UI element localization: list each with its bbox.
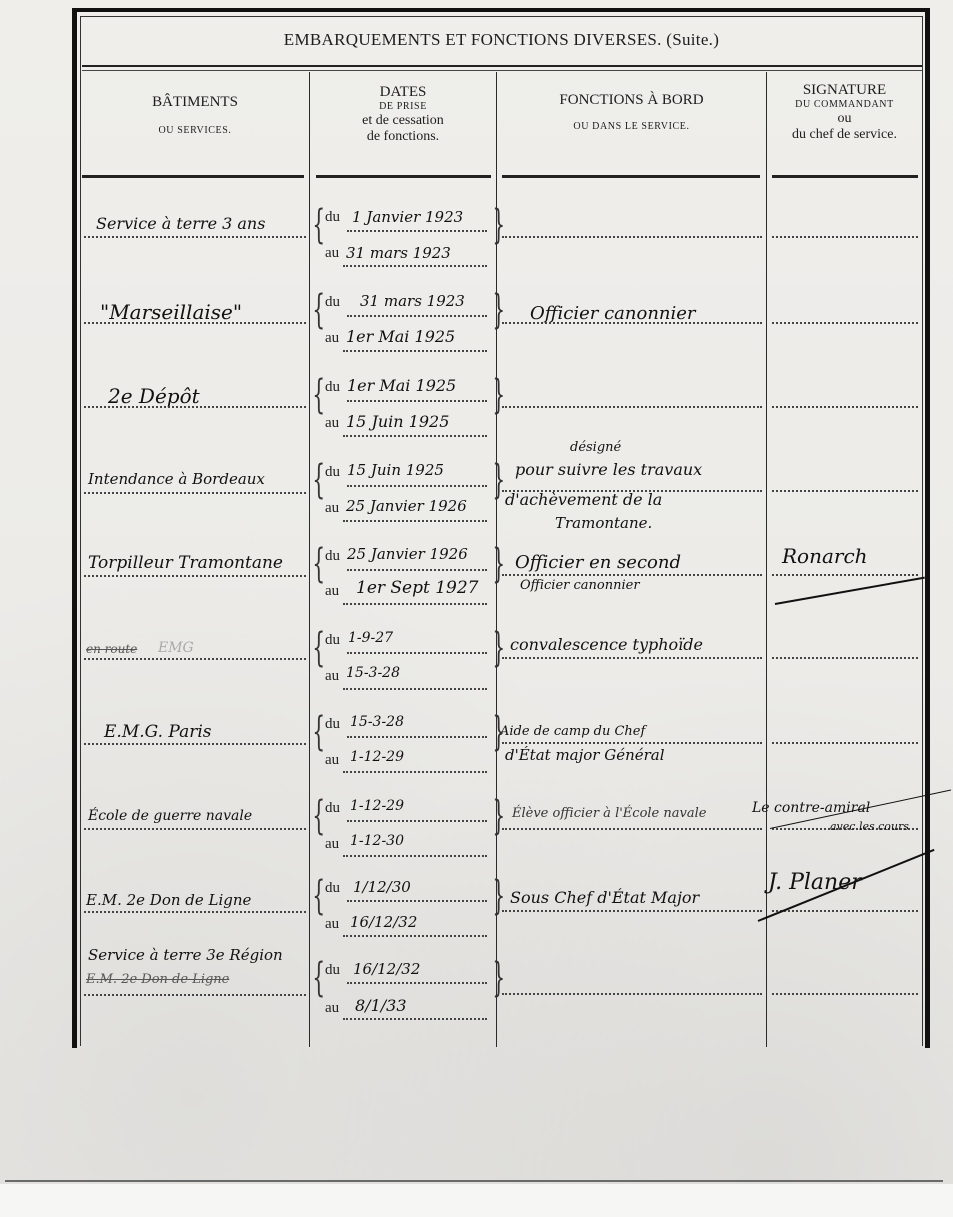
dotted-rule [343, 688, 487, 690]
dotted-rule [84, 322, 306, 324]
date-from: 15 Juin 1925 [347, 461, 444, 479]
right-brace-icon: } [492, 712, 505, 752]
dotted-rule [502, 322, 762, 324]
page-title: EMBARQUEMENTS ET FONCTIONS DIVERSES. (Su… [80, 30, 923, 50]
dotted-rule [772, 910, 918, 912]
dotted-rule [347, 652, 487, 654]
date-to: 1er Sept 1927 [356, 578, 479, 598]
date-to: 1er Mai 1925 [346, 327, 455, 346]
right-brace-icon: } [492, 544, 505, 584]
dotted-rule [502, 490, 762, 492]
dotted-rule [347, 400, 487, 402]
dotted-rule [347, 820, 487, 822]
from-label: du [325, 962, 340, 979]
fonction-cell: Officier canonnier [530, 303, 696, 324]
batiment-cell: "Marseillaise" [100, 300, 242, 324]
from-label: du [325, 880, 340, 897]
dotted-rule [772, 236, 918, 238]
to-label: au [325, 668, 339, 685]
title-text: EMBARQUEMENTS ET FONCTIONS DIVERSES. [284, 30, 662, 49]
header-signature: SIGNATURE DU COMMANDANT ou du chef de se… [767, 82, 922, 143]
from-label: du [325, 716, 340, 733]
dotted-rule [772, 322, 918, 324]
batiment-cell: École de guerre navale [88, 808, 252, 824]
batiment-cell: E.M. 2e Don de Ligne [86, 891, 251, 909]
dotted-rule [84, 492, 306, 494]
dotted-rule [343, 1018, 487, 1020]
fonction-cell-line3: Tramontane. [555, 514, 652, 532]
dotted-rule [84, 406, 306, 408]
batiment-struck: E.M. 2e Don de Ligne [86, 972, 229, 987]
dotted-rule [343, 935, 487, 937]
left-brace-icon: { [312, 628, 325, 668]
date-from: 1 Janvier 1923 [352, 208, 463, 226]
to-label: au [325, 916, 339, 933]
dotted-rule [347, 982, 487, 984]
date-from: 25 Janvier 1926 [347, 545, 468, 563]
date-to: 16/12/32 [350, 913, 417, 931]
to-label: au [325, 752, 339, 769]
header-rule [772, 175, 918, 178]
right-brace-icon: } [492, 628, 505, 668]
date-from: 1-12-29 [350, 798, 404, 814]
fonction-cell-line2: d'achèvement de la [505, 490, 662, 509]
date-to: 15 Juin 1925 [346, 412, 449, 431]
dotted-rule [502, 657, 762, 659]
batiment-cell: Torpilleur Tramontane [88, 553, 283, 573]
date-from: 16/12/32 [353, 960, 420, 978]
right-brace-icon: } [492, 796, 505, 836]
date-to: 8/1/33 [355, 996, 407, 1015]
title-rule [82, 65, 922, 67]
right-brace-icon: } [492, 460, 505, 500]
fonction-cell: convalescence typhoïde [510, 635, 703, 654]
dotted-rule [84, 911, 306, 913]
title-rule [82, 70, 922, 71]
from-label: du [325, 294, 340, 311]
batiment-cell: Service à terre 3e Région [88, 946, 283, 964]
scan-margin [0, 1184, 953, 1217]
date-to: 1-12-30 [350, 833, 404, 849]
date-to: 31 mars 1923 [346, 244, 451, 262]
dotted-rule [347, 569, 487, 571]
left-brace-icon: { [312, 460, 325, 500]
fonction-cell: pour suivre les travaux [515, 460, 702, 479]
fonction-cell-line2: d'État major Général [505, 746, 665, 764]
left-brace-icon: { [312, 796, 325, 836]
dotted-rule [343, 350, 487, 352]
dotted-rule [502, 993, 762, 995]
dotted-rule [84, 236, 306, 238]
header-rule [316, 175, 491, 178]
dotted-rule [772, 993, 918, 995]
to-label: au [325, 330, 339, 347]
to-label: au [325, 836, 339, 853]
dotted-rule [343, 603, 487, 605]
date-to: 15-3-28 [346, 665, 400, 681]
dotted-rule [343, 435, 487, 437]
column-divider [309, 72, 310, 1047]
from-label: du [325, 464, 340, 481]
fonction-cell: Élève officier à l'École navale [512, 806, 706, 821]
dotted-rule [343, 265, 487, 267]
dotted-rule [84, 994, 306, 996]
date-to: 25 Janvier 1926 [346, 497, 467, 515]
left-brace-icon: { [312, 544, 325, 584]
right-brace-icon: } [492, 958, 505, 998]
dotted-rule [772, 406, 918, 408]
dotted-rule [343, 520, 487, 522]
batiment-cell: E.M.G. Paris [104, 722, 212, 742]
dotted-rule [502, 574, 762, 576]
batiment-struck: en route [86, 642, 137, 656]
dotted-rule [347, 230, 487, 232]
dotted-rule [343, 855, 487, 857]
dotted-rule [347, 485, 487, 487]
dotted-rule [502, 742, 762, 744]
from-label: du [325, 209, 340, 226]
header-fonctions: FONCTIONS À BORD OU DANS LE SERVICE. [497, 92, 766, 133]
from-label: du [325, 632, 340, 649]
signature-cell: Le contre-amiral [752, 800, 870, 816]
right-brace-icon: } [492, 205, 505, 245]
dotted-rule [772, 490, 918, 492]
right-brace-icon: } [492, 290, 505, 330]
to-label: au [325, 1000, 339, 1017]
batiment-cell: EMG [158, 640, 194, 656]
dotted-rule [84, 575, 306, 577]
dotted-rule [84, 828, 306, 830]
dotted-rule [772, 657, 918, 659]
column-divider [766, 72, 767, 1047]
right-brace-icon: } [492, 375, 505, 415]
left-brace-icon: { [312, 876, 325, 916]
date-from: 1er Mai 1925 [347, 376, 456, 395]
left-brace-icon: { [312, 712, 325, 752]
from-label: du [325, 548, 340, 565]
fonction-cell-line2: Officier canonnier [520, 578, 640, 593]
left-brace-icon: { [312, 958, 325, 998]
page-edge [5, 1180, 943, 1182]
fonction-cell: Aide de camp du Chef [500, 724, 645, 739]
signature-note: avec les cours [830, 820, 909, 833]
header-rule [82, 175, 304, 178]
dotted-rule [502, 406, 762, 408]
left-brace-icon: { [312, 290, 325, 330]
date-to: 1-12-29 [350, 749, 404, 765]
dotted-rule [347, 736, 487, 738]
title-suffix: (Suite.) [666, 30, 719, 49]
date-from: 1/12/30 [353, 878, 411, 896]
to-label: au [325, 245, 339, 262]
to-label: au [325, 415, 339, 432]
dotted-rule [84, 743, 306, 745]
signature-cell: Ronarch [782, 544, 868, 568]
dotted-rule [502, 910, 762, 912]
dotted-rule [347, 900, 487, 902]
dotted-rule [84, 658, 306, 660]
dotted-rule [343, 771, 487, 773]
date-from: 15-3-28 [350, 714, 404, 730]
dotted-rule [772, 742, 918, 744]
left-brace-icon: { [312, 375, 325, 415]
to-label: au [325, 583, 339, 600]
from-label: du [325, 379, 340, 396]
dotted-rule [347, 315, 487, 317]
date-from: 31 mars 1923 [360, 292, 465, 310]
right-brace-icon: } [492, 876, 505, 916]
header-rule [502, 175, 760, 178]
fonction-note: désigné [570, 440, 621, 455]
batiment-cell: Intendance à Bordeaux [88, 470, 265, 488]
header-batiments: BÂTIMENTS OU SERVICES. [82, 94, 308, 137]
to-label: au [325, 500, 339, 517]
left-brace-icon: { [312, 205, 325, 245]
dotted-rule [772, 574, 918, 576]
header-dates: DATES DE PRISE et de cessation de foncti… [310, 84, 496, 145]
batiment-cell: Service à terre 3 ans [96, 214, 265, 233]
dotted-rule [502, 828, 762, 830]
batiment-cell: 2e Dépôt [108, 384, 200, 408]
fonction-cell: Officier en second [515, 552, 681, 573]
fonction-cell: Sous Chef d'État Major [510, 888, 699, 907]
dotted-rule [502, 236, 762, 238]
date-from: 1-9-27 [348, 630, 393, 646]
from-label: du [325, 800, 340, 817]
